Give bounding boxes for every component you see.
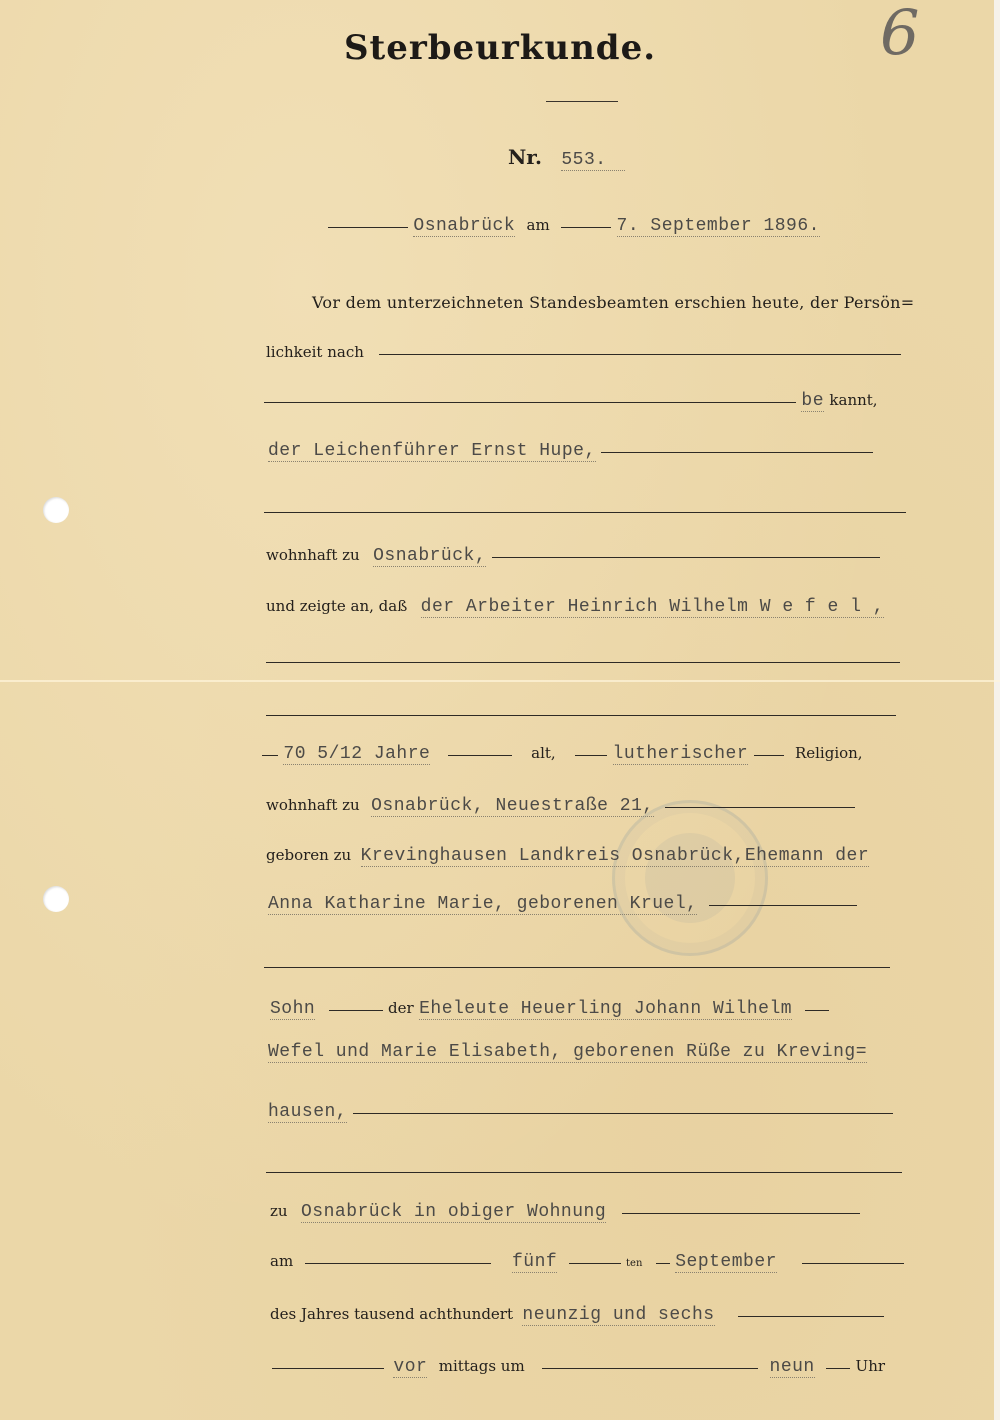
death-month-value: September xyxy=(675,1252,777,1273)
religion-label: Religion, xyxy=(795,744,863,762)
am-label: am xyxy=(527,216,550,234)
deceased-name: der Arbeiter Heinrich Wilhelm W e f e l … xyxy=(421,597,884,618)
deceased-line: und zeigte an, daß der Arbeiter Heinrich… xyxy=(266,596,884,617)
informant-residence: Osnabrück, xyxy=(373,546,486,567)
official-seal-stamp xyxy=(612,800,768,956)
record-number-line: Nr. 553. xyxy=(508,145,625,170)
blank-rule xyxy=(379,354,901,355)
birthplace-value: Krevinghausen Landkreis Osnabrück,Eheman… xyxy=(361,846,870,867)
blank-rule xyxy=(264,967,890,968)
paper-fold xyxy=(0,680,1000,682)
place-date-line: Osnabrück am 7. September 1896. xyxy=(328,215,820,236)
bekannt-line: be kannt, xyxy=(264,390,878,411)
der-label: der xyxy=(388,999,414,1017)
blank-rule xyxy=(266,1172,902,1173)
blank-rule xyxy=(709,905,857,906)
blank-rule xyxy=(754,755,784,756)
birthplace-line: geboren zu Krevinghausen Landkreis Osnab… xyxy=(266,845,869,866)
blank-rule xyxy=(329,1010,383,1011)
parents-line-1: Sohn der Eheleute Heuerling Johann Wilhe… xyxy=(270,998,829,1019)
death-day-value: fünf xyxy=(512,1252,557,1273)
blank-rule xyxy=(542,1368,758,1369)
spouse-line: Anna Katharine Marie, geborenen Kruel, xyxy=(268,893,857,914)
wohnhaft-label-2: wohnhaft zu xyxy=(266,796,360,814)
vormittag-value: vor xyxy=(393,1357,427,1378)
am-label-2: am xyxy=(270,1252,293,1270)
blank-rule xyxy=(656,1263,670,1264)
blank-rule xyxy=(575,755,607,756)
jahres-label: des Jahres tausend achthundert xyxy=(270,1305,513,1323)
punch-hole-top xyxy=(43,497,69,523)
parents-value-1: Eheleute Heuerling Johann Wilhelm xyxy=(419,999,792,1020)
handwritten-page-number: 6 xyxy=(880,0,919,69)
blank-rule xyxy=(328,227,408,228)
zu-label: zu xyxy=(270,1202,288,1220)
blank-rule xyxy=(264,512,906,513)
informant-name: der Leichenführer Ernst Hupe, xyxy=(268,441,596,462)
death-year-value: neunzig und sechs xyxy=(522,1305,714,1326)
bekannt-label: kannt, xyxy=(829,391,877,409)
blank-rule xyxy=(266,662,900,663)
blank-rule xyxy=(305,1263,491,1264)
blank-rule xyxy=(353,1113,893,1114)
uhr-label: Uhr xyxy=(856,1357,885,1375)
registry-date: 7. September 18 xyxy=(617,216,787,237)
deceased-residence: Osnabrück, Neuestraße 21, xyxy=(371,796,654,817)
sohn-value: Sohn xyxy=(270,999,315,1020)
religion-value: lutherischer xyxy=(613,744,749,765)
parents-line-2: Wefel und Marie Elisabeth, geborenen Rüß… xyxy=(268,1041,867,1062)
death-place-line: zu Osnabrück in obiger Wohnung xyxy=(270,1201,860,1222)
identity-line: lichkeit nach xyxy=(266,342,901,362)
record-number: 553. xyxy=(561,150,624,171)
registry-year: 96. xyxy=(786,216,820,237)
blank-line xyxy=(266,1160,902,1180)
geboren-label: geboren zu xyxy=(266,846,351,864)
intro-text: Vor dem unterzeichneten Standesbeamten e… xyxy=(312,293,914,312)
blank-rule xyxy=(665,807,855,808)
blank-rule xyxy=(262,755,278,756)
blank-rule xyxy=(569,1263,621,1264)
blank-rule xyxy=(492,557,880,558)
informant-line: der Leichenführer Ernst Hupe, xyxy=(268,440,873,461)
blank-line xyxy=(266,650,900,670)
blank-rule xyxy=(738,1316,884,1317)
blank-line xyxy=(264,955,890,975)
deceased-residence-line: wohnhaft zu Osnabrück, Neuestraße 21, xyxy=(266,795,855,816)
blank-rule xyxy=(622,1213,860,1214)
death-time-line: vor mittags um neun Uhr xyxy=(272,1356,885,1377)
blank-rule xyxy=(266,715,896,716)
blank-rule xyxy=(561,227,611,228)
number-label: Nr. xyxy=(508,145,542,169)
death-place-value: Osnabrück in obiger Wohnung xyxy=(301,1202,606,1223)
registry-place: Osnabrück xyxy=(413,216,515,237)
spouse-value: Anna Katharine Marie, geborenen Kruel, xyxy=(268,894,697,915)
blank-rule xyxy=(272,1368,384,1369)
blank-line xyxy=(264,500,906,520)
blank-rule xyxy=(448,755,512,756)
blank-rule xyxy=(264,402,796,403)
death-hour-value: neun xyxy=(770,1357,815,1378)
punch-hole-bottom xyxy=(43,886,69,912)
document-title: Sterbeurkunde. xyxy=(0,28,1000,68)
mittags-label: mittags um xyxy=(439,1357,525,1375)
parents-line-3: hausen, xyxy=(268,1101,893,1122)
age-religion-line: 70 5/12 Jahre alt, lutherischer Religion… xyxy=(262,743,863,764)
death-year-line: des Jahres tausend achthundert neunzig u… xyxy=(270,1304,884,1325)
lichkeit-label: lichkeit nach xyxy=(266,343,364,361)
ten-label: ten xyxy=(626,1258,642,1269)
title-divider xyxy=(546,101,618,102)
wohnhaft-label: wohnhaft zu xyxy=(266,546,360,564)
bekannt-typed: be xyxy=(801,391,824,412)
blank-rule xyxy=(601,452,873,453)
blank-line xyxy=(266,703,896,723)
paper-edge xyxy=(994,0,1000,1420)
blank-rule xyxy=(802,1263,904,1264)
death-date-line: am fünf ten September xyxy=(270,1251,904,1272)
parents-value-2: Wefel und Marie Elisabeth, geborenen Rüß… xyxy=(268,1042,867,1063)
blank-rule xyxy=(805,1010,829,1011)
alt-label: alt, xyxy=(531,744,556,762)
informant-residence-line: wohnhaft zu Osnabrück, xyxy=(266,545,880,566)
blank-rule xyxy=(826,1368,850,1369)
intro-line: Vor dem unterzeichneten Standesbeamten e… xyxy=(312,293,914,313)
zeigte-label: und zeigte an, daß xyxy=(266,597,407,615)
age-value: 70 5/12 Jahre xyxy=(283,744,430,765)
parents-value-3: hausen, xyxy=(268,1102,347,1123)
